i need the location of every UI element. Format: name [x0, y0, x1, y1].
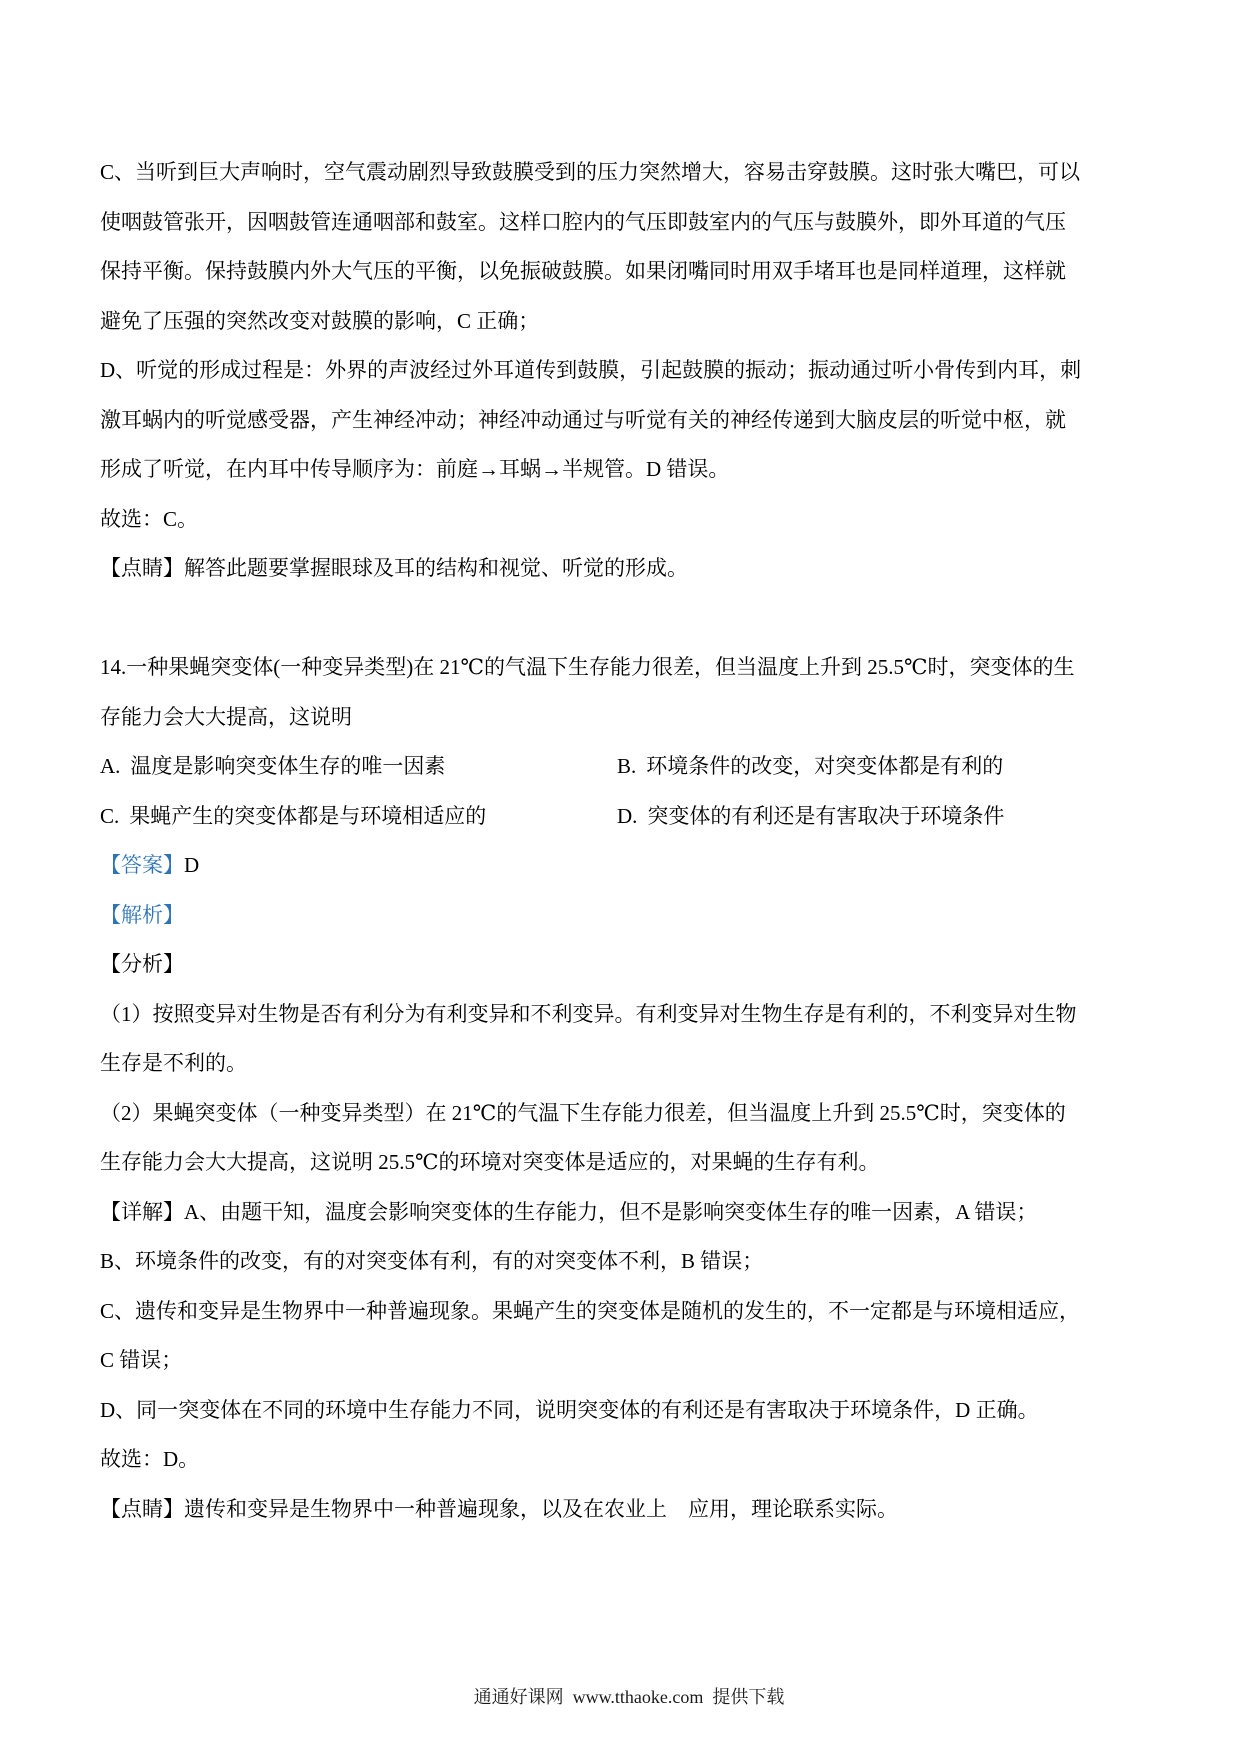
footer-text: 通通好课网 www.tthaoke.com 提供下载	[474, 1687, 785, 1707]
q14-tip: 【点睛】遗传和变异是生物界中一种普遍现象，以及在农业上 应用，理论联系实际。	[100, 1485, 1148, 1535]
q14-analysis-tag: 【分析】	[100, 940, 1148, 990]
q14-option-b: B.环境条件的改变，对突变体都是有利的	[617, 742, 1003, 792]
q14-stem-line-1: 14.一种果蝇突变体(一种变异类型)在 21℃的气温下生存能力很差，但当温度上升…	[100, 643, 1148, 693]
q14-detail-line: 【详解】A、由题干知，温度会影响突变体的生存能力，但不是影响突变体生存的唯一因素…	[100, 1188, 1148, 1238]
q14-option-a: A.温度是影响突变体生存的唯一因素	[100, 742, 617, 792]
q13-explanation-line: 形成了听觉，在内耳中传导顺序为：前庭→耳蜗→半规管。D 错误。	[100, 445, 1148, 495]
q14-analysis-header-line: 【解析】	[100, 891, 1148, 941]
q14-analysis-line: 生存是不利的。	[100, 1039, 1148, 1089]
q14-option-d: D.突变体的有利还是有害取决于环境条件	[617, 792, 1004, 842]
q14-detail-line: C 错误；	[100, 1336, 1148, 1386]
section-gap	[100, 594, 1148, 644]
q14-detail-line: B、环境条件的改变，有的对突变体有利，有的对突变体不利，B 错误；	[100, 1237, 1148, 1287]
q14-analysis-line: （1）按照变异对生物是否有利分为有利变异和不利变异。有利变异对生物生存是有利的，…	[100, 990, 1148, 1040]
q14-answer-line: 【答案】D	[100, 841, 1148, 891]
q14-answer-label: 【答案】	[100, 853, 184, 877]
q14-options-row-ab: A.温度是影响突变体生存的唯一因素 B.环境条件的改变，对突变体都是有利的	[100, 742, 1148, 792]
q14-option-d-label: D.	[617, 804, 637, 828]
q14-option-d-text: 突变体的有利还是有害取决于环境条件	[647, 804, 1004, 828]
document-page: C、当听到巨大声响时，空气震动剧烈导致鼓膜受到的压力突然增大，容易击穿鼓膜。这时…	[0, 0, 1240, 1754]
q13-explanation-line: 激耳蜗内的听觉感受器，产生神经冲动；神经冲动通过与听觉有关的神经传递到大脑皮层的…	[100, 396, 1148, 446]
q14-detail-line: D、同一突变体在不同的环境中生存能力不同，说明突变体的有利还是有害取决于环境条件…	[100, 1386, 1148, 1436]
q14-detail-line: C、遗传和变异是生物界中一种普遍现象。果蝇产生的突变体是随机的发生的，不一定都是…	[100, 1287, 1148, 1337]
q14-option-b-label: B.	[617, 754, 636, 778]
q13-explanation-line: C、当听到巨大声响时，空气震动剧烈导致鼓膜受到的压力突然增大，容易击穿鼓膜。这时…	[100, 148, 1148, 198]
q14-analysis-line: （2）果蝇突变体（一种变异类型）在 21℃的气温下生存能力很差，但当温度上升到 …	[100, 1089, 1148, 1139]
q13-explanation-line: D、听觉的形成过程是：外界的声波经过外耳道传到鼓膜，引起鼓膜的振动；振动通过听小…	[100, 346, 1148, 396]
q14-analysis-line: 生存能力会大大提高，这说明 25.5℃的环境对突变体是适应的，对果蝇的生存有利。	[100, 1138, 1148, 1188]
q14-answer-value: D	[184, 853, 199, 877]
q14-analysis-header: 【解析】	[100, 903, 184, 927]
q14-options-row-cd: C.果蝇产生的突变体都是与环境相适应的 D.突变体的有利还是有害取决于环境条件	[100, 792, 1148, 842]
document-content: C、当听到巨大声响时，空气震动剧烈导致鼓膜受到的压力突然增大，容易击穿鼓膜。这时…	[100, 148, 1148, 1534]
q13-explanation-line: 保持平衡。保持鼓膜内外大气压的平衡，以免振破鼓膜。如果闭嘴同时用双手堵耳也是同样…	[100, 247, 1148, 297]
q14-option-b-text: 环境条件的改变，对突变体都是有利的	[646, 754, 1003, 778]
q13-tip: 【点睛】解答此题要掌握眼球及耳的结构和视觉、听觉的形成。	[100, 544, 1148, 594]
q14-option-a-text: 温度是影响突变体生存的唯一因素	[130, 754, 445, 778]
q13-conclusion: 故选：C。	[100, 495, 1148, 545]
page-footer: 通通好课网 www.tthaoke.com 提供下载	[0, 1658, 1240, 1736]
q14-conclusion: 故选：D。	[100, 1435, 1148, 1485]
q14-option-c-text: 果蝇产生的突变体都是与环境相适应的	[129, 804, 486, 828]
q14-stem-line-2: 存能力会大大提高，这说明	[100, 693, 1148, 743]
q14-option-c: C.果蝇产生的突变体都是与环境相适应的	[100, 792, 617, 842]
q13-explanation-line: 避免了压强的突然改变对鼓膜的影响，C 正确；	[100, 297, 1148, 347]
q14-option-c-label: C.	[100, 804, 119, 828]
q14-option-a-label: A.	[100, 754, 120, 778]
q13-explanation-line: 使咽鼓管张开，因咽鼓管连通咽部和鼓室。这样口腔内的气压即鼓室内的气压与鼓膜外，即…	[100, 198, 1148, 248]
